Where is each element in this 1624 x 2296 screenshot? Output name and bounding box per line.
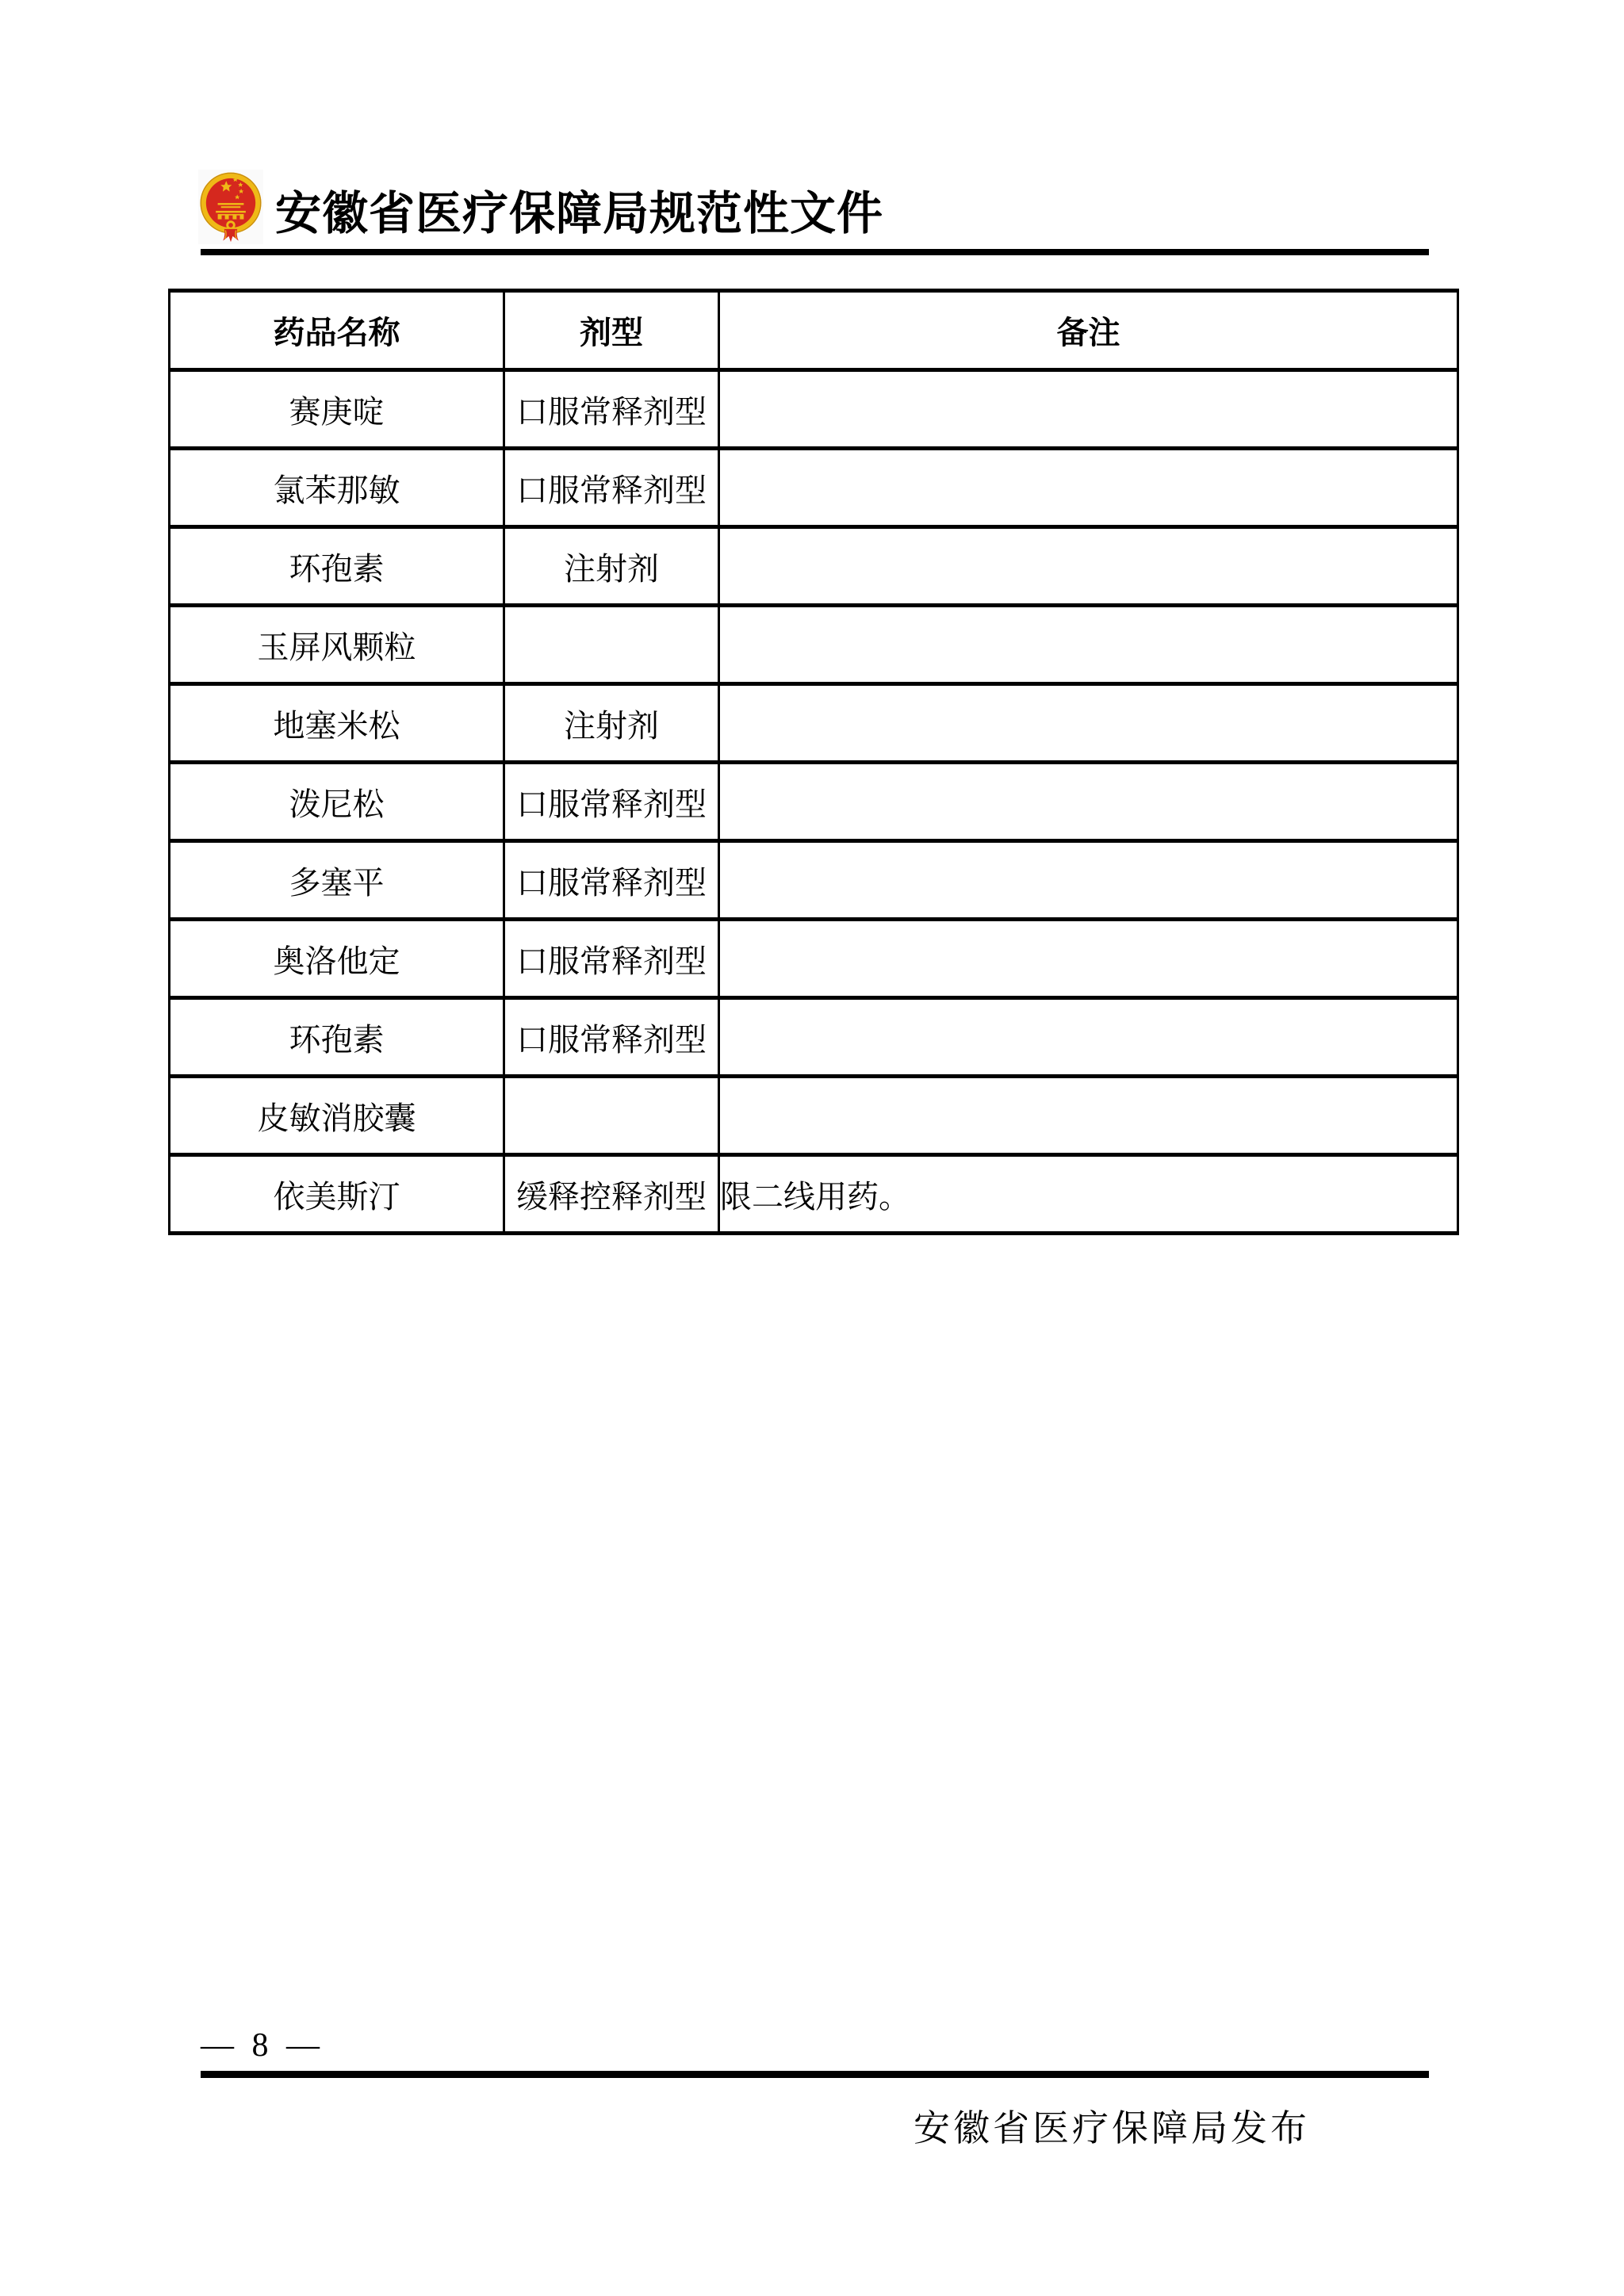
note-cell <box>719 763 1458 841</box>
drug-name-cell: 多塞平 <box>170 841 504 920</box>
header-rule <box>201 249 1429 255</box>
document-page: 安徽省医疗保障局规范性文件 药品名称 剂型 备注 赛庚啶 口服常释剂型 氯苯那敏… <box>0 0 1624 2296</box>
drug-name-cell: 氯苯那敏 <box>170 449 504 527</box>
note-cell: 限二线用药。 <box>719 1155 1458 1234</box>
table-row: 依美斯汀 缓释控释剂型 限二线用药。 <box>170 1155 1458 1234</box>
drug-table-header: 药品名称 剂型 备注 <box>170 291 1458 370</box>
dosage-form-cell: 口服常释剂型 <box>504 998 719 1077</box>
table-row: 玉屏风颗粒 <box>170 606 1458 684</box>
note-cell <box>719 998 1458 1077</box>
table-row: 环孢素 口服常释剂型 <box>170 998 1458 1077</box>
table-row: 氯苯那敏 口服常释剂型 <box>170 449 1458 527</box>
col-header-dosage-form: 剂型 <box>504 291 719 370</box>
dosage-form-cell: 注射剂 <box>504 527 719 606</box>
note-cell <box>719 841 1458 920</box>
header-row: 药品名称 剂型 备注 <box>170 291 1458 370</box>
note-cell <box>719 920 1458 998</box>
footer-rule <box>201 2071 1429 2078</box>
dosage-form-cell <box>504 1077 719 1155</box>
table-row: 多塞平 口服常释剂型 <box>170 841 1458 920</box>
dosage-form-cell: 口服常释剂型 <box>504 763 719 841</box>
note-cell <box>719 527 1458 606</box>
table-row: 地塞米松 注射剂 <box>170 684 1458 763</box>
dosage-form-cell: 缓释控释剂型 <box>504 1155 719 1234</box>
drug-name-cell: 地塞米松 <box>170 684 504 763</box>
drug-name-cell: 环孢素 <box>170 527 504 606</box>
col-header-note: 备注 <box>719 291 1458 370</box>
note-cell <box>719 370 1458 449</box>
note-cell <box>719 606 1458 684</box>
note-cell <box>719 684 1458 763</box>
drug-table: 药品名称 剂型 备注 赛庚啶 口服常释剂型 氯苯那敏 口服常释剂型 环孢素 注射… <box>168 289 1459 1235</box>
dosage-form-cell <box>504 606 719 684</box>
drug-name-cell: 泼尼松 <box>170 763 504 841</box>
dosage-form-cell: 口服常释剂型 <box>504 449 719 527</box>
table-row: 奥洛他定 口服常释剂型 <box>170 920 1458 998</box>
table-row: 皮敏消胶囊 <box>170 1077 1458 1155</box>
table-row: 环孢素 注射剂 <box>170 527 1458 606</box>
drug-name-cell: 环孢素 <box>170 998 504 1077</box>
col-header-drug-name: 药品名称 <box>170 291 504 370</box>
publisher-line: 安徽省医疗保障局发布 <box>913 2099 1310 2152</box>
page-number: — 8 — <box>201 2026 324 2064</box>
dosage-form-cell: 口服常释剂型 <box>504 920 719 998</box>
drug-table-body: 赛庚啶 口服常释剂型 氯苯那敏 口服常释剂型 环孢素 注射剂 玉屏风颗粒 地塞米… <box>170 370 1458 1234</box>
dosage-form-cell: 口服常释剂型 <box>504 841 719 920</box>
china-national-emblem-icon <box>198 170 263 244</box>
drug-name-cell: 奥洛他定 <box>170 920 504 998</box>
drug-name-cell: 依美斯汀 <box>170 1155 504 1234</box>
dosage-form-cell: 口服常释剂型 <box>504 370 719 449</box>
drug-name-cell: 赛庚啶 <box>170 370 504 449</box>
note-cell <box>719 449 1458 527</box>
table-row: 泼尼松 口服常释剂型 <box>170 763 1458 841</box>
dosage-form-cell: 注射剂 <box>504 684 719 763</box>
drug-name-cell: 皮敏消胶囊 <box>170 1077 504 1155</box>
note-cell <box>719 1077 1458 1155</box>
drug-name-cell: 玉屏风颗粒 <box>170 606 504 684</box>
page-title: 安徽省医疗保障局规范性文件 <box>275 176 883 243</box>
table-row: 赛庚啶 口服常释剂型 <box>170 370 1458 449</box>
